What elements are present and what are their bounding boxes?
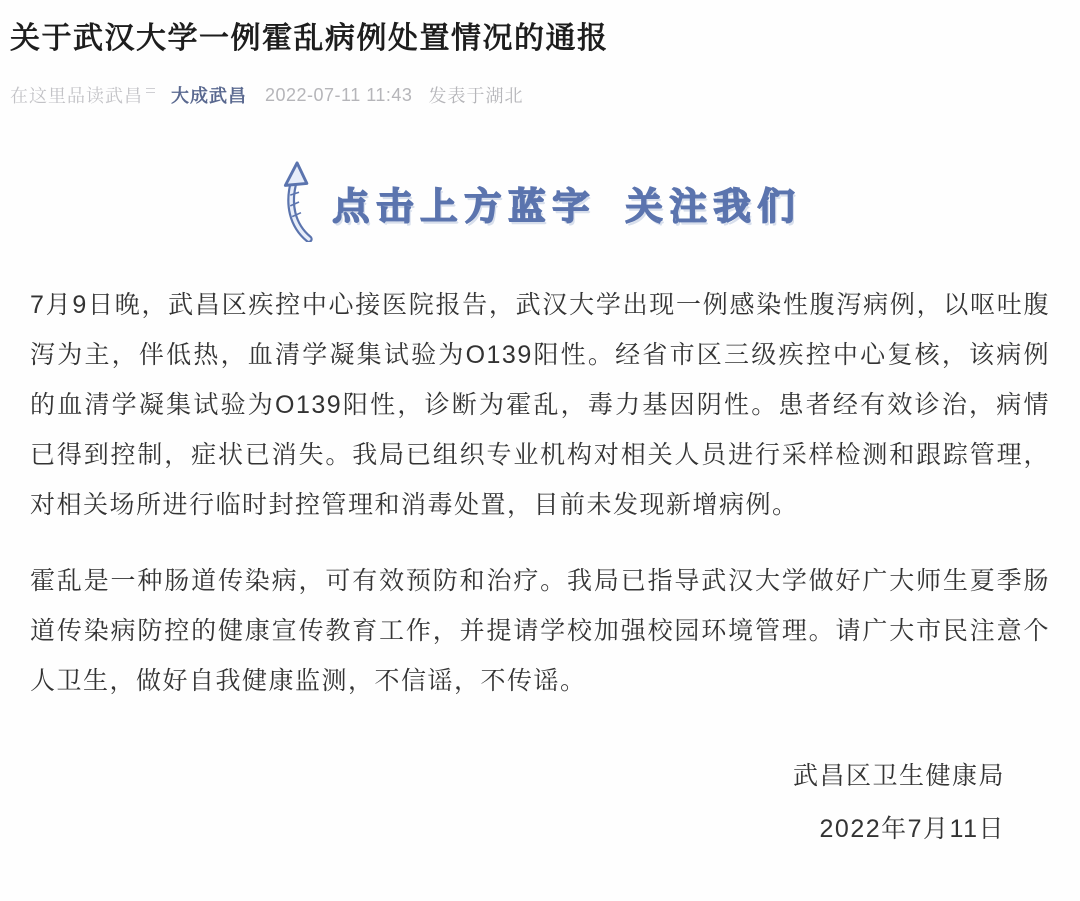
follow-us-banner: 点击上方蓝字 关注我们 [0, 160, 1080, 242]
follow-us-banner-text: 点击上方蓝字 关注我们 [332, 176, 801, 242]
publish-timestamp: 2022-07-11 11:43 [265, 85, 412, 106]
publish-location: 发表于湖北 [428, 82, 523, 108]
body-paragraph-1: 7月9日晚，武昌区疾控中心接医院报告，武汉大学出现一例感染性腹泻病例，以呕吐腹泻… [30, 280, 1050, 530]
byline: 在这里品读武昌 大成武昌 2022-07-11 11:43 发表于湖北 [10, 82, 1060, 108]
signature-date: 2022年7月11日 [30, 803, 1005, 856]
article-header: 关于武汉大学一例霍乱病例处置情况的通报 在这里品读武昌 大成武昌 2022-07… [0, 18, 1080, 108]
tagline-badge-icon [146, 88, 155, 93]
account-tagline: 在这里品读武昌 [10, 82, 143, 108]
body-paragraph-2: 霍乱是一种肠道传染病，可有效预防和治疗。我局已指导武汉大学做好广大师生夏季肠道传… [30, 556, 1050, 706]
curved-up-arrow-icon [278, 160, 322, 242]
signature-agency: 武昌区卫生健康局 [30, 750, 1005, 803]
account-name-link[interactable]: 大成武昌 [171, 82, 247, 108]
article-body: 7月9日晚，武昌区疾控中心接医院报告，武汉大学出现一例感染性腹泻病例，以呕吐腹泻… [0, 280, 1080, 856]
signature-block: 武昌区卫生健康局 2022年7月11日 [30, 750, 1050, 856]
page-title: 关于武汉大学一例霍乱病例处置情况的通报 [10, 18, 1060, 60]
article-page: 关于武汉大学一例霍乱病例处置情况的通报 在这里品读武昌 大成武昌 2022-07… [0, 0, 1080, 901]
